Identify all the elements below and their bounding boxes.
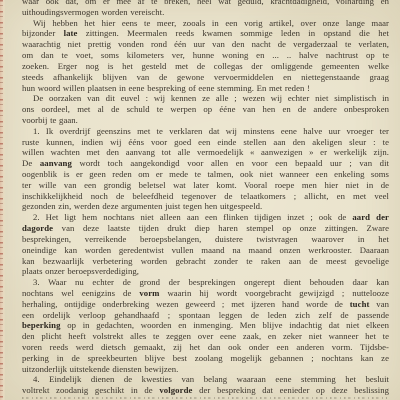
bold-word: vorm: [139, 288, 159, 298]
bold-word: tucht: [350, 299, 370, 309]
text-line: uitzonderlijk uitstekende diensten bewij…: [22, 364, 389, 375]
bold-word: aard der: [352, 212, 389, 222]
book-edge-strip: [0, 0, 5, 400]
text-segment: inschikkelijkheid noch de beleefdheid te…: [22, 191, 389, 201]
text-segment: ons oordeel, met al de schuld te werpen …: [22, 104, 389, 114]
text-segment: waarachtig niet prettig vonden rond één …: [22, 39, 389, 49]
text-segment: bijzonder: [22, 28, 64, 38]
text-segment: op in gedachten, woorden en inmenging. M…: [61, 320, 389, 330]
text-line: steeds afhankelijk blijven van de gewone…: [22, 72, 389, 83]
text-line: Wij hebben het hier eens te meer, zooals…: [22, 18, 389, 29]
bold-word: beperking: [22, 320, 61, 330]
text-line: ruste kunnen, indien wij ééns voor goed …: [22, 137, 389, 148]
text-line: De oorzaken van dit euvel : wij kennen z…: [22, 93, 389, 104]
bold-word: volgorde: [159, 385, 192, 395]
text-segment: besprekingen, verreikende beroepsbelange…: [22, 234, 389, 244]
text-segment: om dan te voet, soms kilometers ver, hun…: [22, 50, 389, 60]
scanned-page: waar ook dat, om er mee af te breken, he…: [0, 0, 400, 400]
text-line: om dan te voet, soms kilometers ver, hun…: [22, 50, 389, 61]
text-segment: De oorzaken van dit euvel : wij kennen z…: [33, 93, 389, 103]
text-segment: nochtans wel eenigzins de: [22, 288, 139, 298]
text-line: inschikkelijkheid noch de beleefdheid te…: [22, 191, 389, 202]
text-line: waarachtig niet prettig vonden rond één …: [22, 39, 389, 50]
text-line: kan bezwaarlijk verbetering worden gebra…: [22, 256, 389, 267]
text-segment: Wij hebben het hier eens te meer, zooals…: [33, 18, 389, 28]
text-segment: 2. Het ligt hem nochtans niet alleen aan…: [33, 212, 352, 222]
text-segment: willen wachten met den aanvang tot alle …: [22, 147, 389, 157]
text-line: een ordelijk verloop gehandhaafd ; spont…: [22, 310, 389, 321]
text-line: willen wachten met den aanvang tot alle …: [22, 147, 389, 158]
bold-word: dagorde: [22, 223, 53, 233]
text-segment: De: [22, 158, 40, 168]
text-line: voorbij te gaan.: [22, 115, 389, 126]
text-segment: wordt toch aangekondigd voor allen en vo…: [72, 158, 389, 168]
text-segment: oogenblik is er geen reden om er mede te…: [22, 169, 389, 179]
text-line: hun woord willen plaatsen in eene bespre…: [22, 83, 389, 94]
text-line: plaats onzer beroepsverdediging,: [22, 266, 389, 277]
text-line: 2. Het ligt hem nochtans niet alleen aan…: [22, 212, 389, 223]
text-segment: voltrekt zoodanig geschikt in de: [22, 385, 159, 395]
text-segment: 4. Eindelijk dienen de kwesties van bela…: [33, 374, 389, 384]
text-segment: waar ook dat, om er mee af te breken, he…: [22, 0, 389, 6]
text-line: herhaling, ontijdige onderbreking wezen …: [22, 299, 389, 310]
text-segment: ruste kunnen, indien wij ééns voor goed …: [22, 137, 389, 147]
text-segment: zittingen. Meermalen reeds kwamen sommig…: [78, 28, 390, 38]
text-segment: van deze laatste tijden drukt diep haren…: [53, 223, 389, 233]
text-line: ter wille van een grondig beletsel wat l…: [22, 180, 389, 191]
text-segment: uitzonderlijk uitstekende diensten bewij…: [22, 364, 178, 374]
text-segment: perking in de spreekbeurten blijve best …: [22, 353, 389, 363]
text-line: gezonden zin, werden deze argumenten jui…: [22, 201, 389, 212]
text-line: waar ook dat, om er mee af te breken, he…: [22, 0, 389, 7]
text-line: besprekingen, verreikende beroepsbelange…: [22, 234, 389, 245]
body-text: waar ook dat, om er mee af te breken, he…: [22, 0, 389, 396]
text-line: 1. Ik overdrijf geenszins met te verklar…: [22, 126, 389, 137]
bold-word: late: [64, 28, 78, 38]
text-line: zoeken. Erger nog is het gesteld met de …: [22, 61, 389, 72]
text-segment: kan bezwaarlijk verbetering worden gebra…: [22, 256, 389, 266]
text-segment: steeds afhankelijk blijven van de gewone…: [22, 72, 389, 82]
text-segment: voorbij te gaan.: [22, 115, 78, 125]
text-line: voren reeds werd dietsch gemaakt, zij he…: [22, 342, 389, 353]
text-line: uithoudingsvermogen worden vereischt.: [22, 7, 389, 18]
text-segment: 3. Waar nu echter de grond der besprekin…: [33, 277, 389, 287]
text-line: 4. Eindelijk dienen de kwesties van bela…: [22, 374, 389, 385]
text-segment: zoeken. Erger nog is het gesteld met de …: [22, 61, 389, 71]
text-segment: den plicht heeft volstrekt alles te zegg…: [22, 331, 389, 341]
text-segment: ter wille van een grondig beletsel wat l…: [22, 180, 389, 190]
text-line: beperking op in gedachten, woorden en in…: [22, 320, 389, 331]
text-line: voltrekt zoodanig geschikt in de volgord…: [22, 385, 389, 396]
text-segment: een ordelijk verloop gehandhaafd ; spont…: [22, 310, 389, 320]
text-line: 3. Waar nu echter de grond der besprekin…: [22, 277, 389, 288]
text-line: oneindige kan worden geredentwist vullen…: [22, 245, 389, 256]
text-segment: plaats onzer beroepsverdediging,: [22, 266, 139, 276]
bold-word: aanvang: [40, 158, 72, 168]
text-line: bijzonder late zittingen. Meermalen reed…: [22, 28, 389, 39]
text-segment: uithoudingsvermogen worden vereischt.: [22, 7, 164, 17]
text-segment: 1. Ik overdrijf geenszins met te verklar…: [33, 126, 389, 136]
text-segment: hun woord willen plaatsen in eene bespre…: [22, 83, 310, 93]
text-line: oogenblik is er geen reden om er mede te…: [22, 169, 389, 180]
text-segment: herhaling, ontijdige onderbreking wezen …: [22, 299, 350, 309]
clipped-line-remnant: [22, 397, 387, 399]
text-line: De aanvang wordt toch aangekondigd voor …: [22, 158, 389, 169]
text-line: ons oordeel, met al de schuld te werpen …: [22, 104, 389, 115]
text-line: nochtans wel eenigzins de vorm waarin hi…: [22, 288, 389, 299]
text-line: den plicht heeft volstrekt alles te zegg…: [22, 331, 389, 342]
text-segment: waarin hij wordt voorgebracht gewijzigd …: [160, 288, 390, 298]
text-line: dagorde van deze laatste tijden drukt di…: [22, 223, 389, 234]
text-segment: voren reeds werd dietsch gemaakt, zij he…: [22, 342, 389, 352]
text-segment: van: [370, 299, 390, 309]
text-segment: gezonden zin, werden deze argumenten jui…: [22, 201, 262, 211]
text-segment: der bespreking dat eenieder op deze besl…: [192, 385, 389, 395]
text-segment: oneindige kan worden geredentwist vullen…: [22, 245, 389, 255]
text-line: perking in de spreekbeurten blijve best …: [22, 353, 389, 364]
